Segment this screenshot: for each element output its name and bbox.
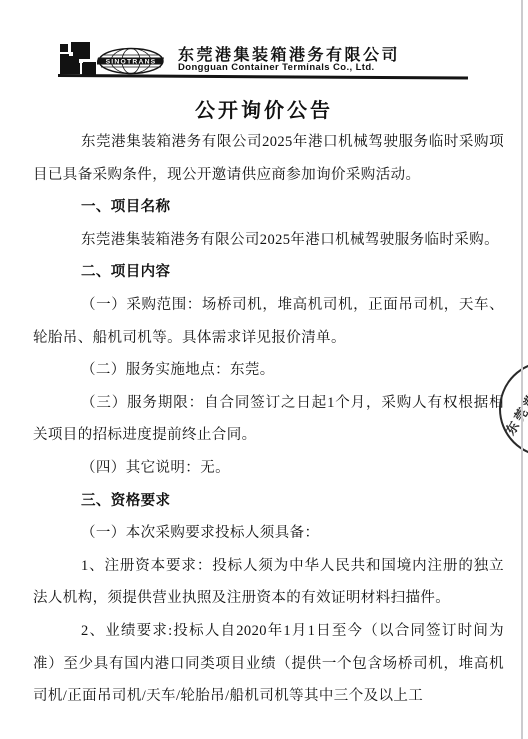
paragraph: 2、业绩要求:投标人自2020年1月1日至今（以合同签订时间为准）至少具有国内港… xyxy=(33,615,504,713)
paragraph: （四）其它说明：无。 xyxy=(33,452,504,485)
paragraph: 1、注册资本要求：投标人须为中华人民共和国境内注册的独立法人机构，须提供营业执照… xyxy=(33,550,504,615)
section-heading: 二、项目内容 xyxy=(33,256,504,289)
company-name-en: Dongguan Container Terminals Co., Ltd. xyxy=(178,62,375,73)
paragraph: 东莞港集装箱港务有限公司2025年港口机械驾驶服务临时采购。 xyxy=(33,224,504,257)
header-rule-line xyxy=(58,74,468,79)
document-title: 公开询价公告 xyxy=(0,94,528,123)
paragraph: （一）本次采购要求投标人须具备： xyxy=(33,517,504,550)
paragraph: （一）采购范围：场桥司机，堆高机司机，正面吊司机，天车、轮胎吊、船机司机等。具体… xyxy=(33,289,504,354)
svg-text:SINOTRANS: SINOTRANS xyxy=(106,59,157,66)
scanned-document-page: { "header": { "logo_mark_icon": "sinotra… xyxy=(0,0,528,739)
sinotrans-pixel-mark-icon xyxy=(58,42,98,78)
paragraph: （三）服务期限：自合同签订之日起1个月，采购人有权根据相关项目的招标进度提前终止… xyxy=(33,387,504,452)
paragraph: 东莞港集装箱港务有限公司2025年港口机械驾驶服务临时采购项目已具备采购条件，现… xyxy=(33,126,504,191)
section-heading: 一、项目名称 xyxy=(33,191,504,224)
paragraph: （二）服务实施地点：东莞。 xyxy=(33,354,504,387)
scan-edge-line xyxy=(521,0,523,739)
document-header: SINOTRANS 东莞港集装箱港务有限公司 Dongguan Containe… xyxy=(0,0,528,90)
document-paragraphs: 东莞港集装箱港务有限公司2025年港口机械驾驶服务临时采购项目已具备采购条件，现… xyxy=(33,126,504,713)
section-heading: 三、资格要求 xyxy=(33,485,504,518)
sinotrans-globe-icon: SINOTRANS xyxy=(97,47,165,75)
